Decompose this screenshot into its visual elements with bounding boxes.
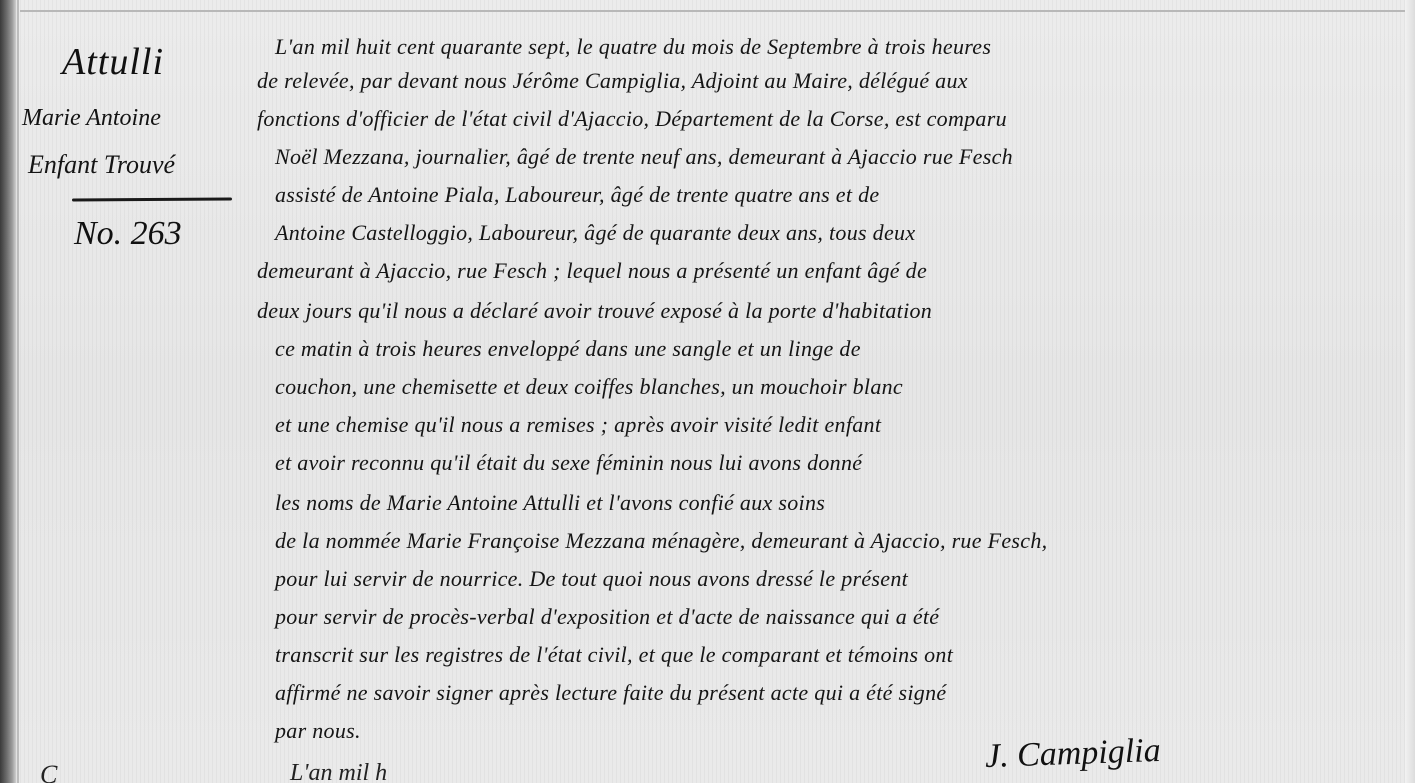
margin-surname: Attulli xyxy=(62,40,164,84)
act-line: par nous. xyxy=(275,718,361,744)
act-line: demeurant à Ajaccio, rue Fesch ; lequel … xyxy=(257,258,927,284)
act-line: et avoir reconnu qu'il était du sexe fém… xyxy=(275,450,862,476)
next-entry-start: L'an mil h xyxy=(290,760,387,783)
act-line: pour lui servir de nourrice. De tout quo… xyxy=(275,566,908,592)
margin-given-names: Marie Antoine xyxy=(22,105,161,132)
act-line: ce matin à trois heures enveloppé dans u… xyxy=(275,336,861,362)
act-line: de la nommée Marie Françoise Mezzana mén… xyxy=(275,528,1047,554)
next-entry-margin: C xyxy=(40,760,57,783)
act-line: assisté de Antoine Piala, Laboureur, âgé… xyxy=(275,182,879,208)
act-line: affirmé ne savoir signer après lecture f… xyxy=(275,680,946,706)
act-line: fonctions d'officier de l'état civil d'A… xyxy=(257,106,1007,132)
officer-signature: J. Campiglia xyxy=(984,732,1161,776)
scanned-register-page: Attulli Marie Antoine Enfant Trouvé No. … xyxy=(0,0,1415,783)
act-line: et une chemise qu'il nous a remises ; ap… xyxy=(275,412,881,438)
margin-status: Enfant Trouvé xyxy=(28,150,175,180)
act-line: Noël Mezzana, journalier, âgé de trente … xyxy=(275,144,1013,170)
page-binding-edge xyxy=(0,0,16,783)
act-line: L'an mil huit cent quarante sept, le qua… xyxy=(275,34,991,60)
top-rule xyxy=(20,10,1415,12)
act-line: deux jours qu'il nous a déclaré avoir tr… xyxy=(257,298,932,324)
act-line: les noms de Marie Antoine Attulli et l'a… xyxy=(275,490,825,516)
act-line: pour servir de procès-verbal d'expositio… xyxy=(275,604,939,630)
act-line: couchon, une chemisette et deux coiffes … xyxy=(275,374,903,400)
page-right-edge xyxy=(1405,0,1415,783)
act-line: transcrit sur les registres de l'état ci… xyxy=(275,642,953,668)
act-line: de relevée, par devant nous Jérôme Campi… xyxy=(257,68,968,94)
margin-line xyxy=(17,0,19,783)
margin-underline xyxy=(72,197,232,201)
act-line: Antoine Castelloggio, Laboureur, âgé de … xyxy=(275,220,915,246)
entry-number: No. 263 xyxy=(74,215,182,253)
